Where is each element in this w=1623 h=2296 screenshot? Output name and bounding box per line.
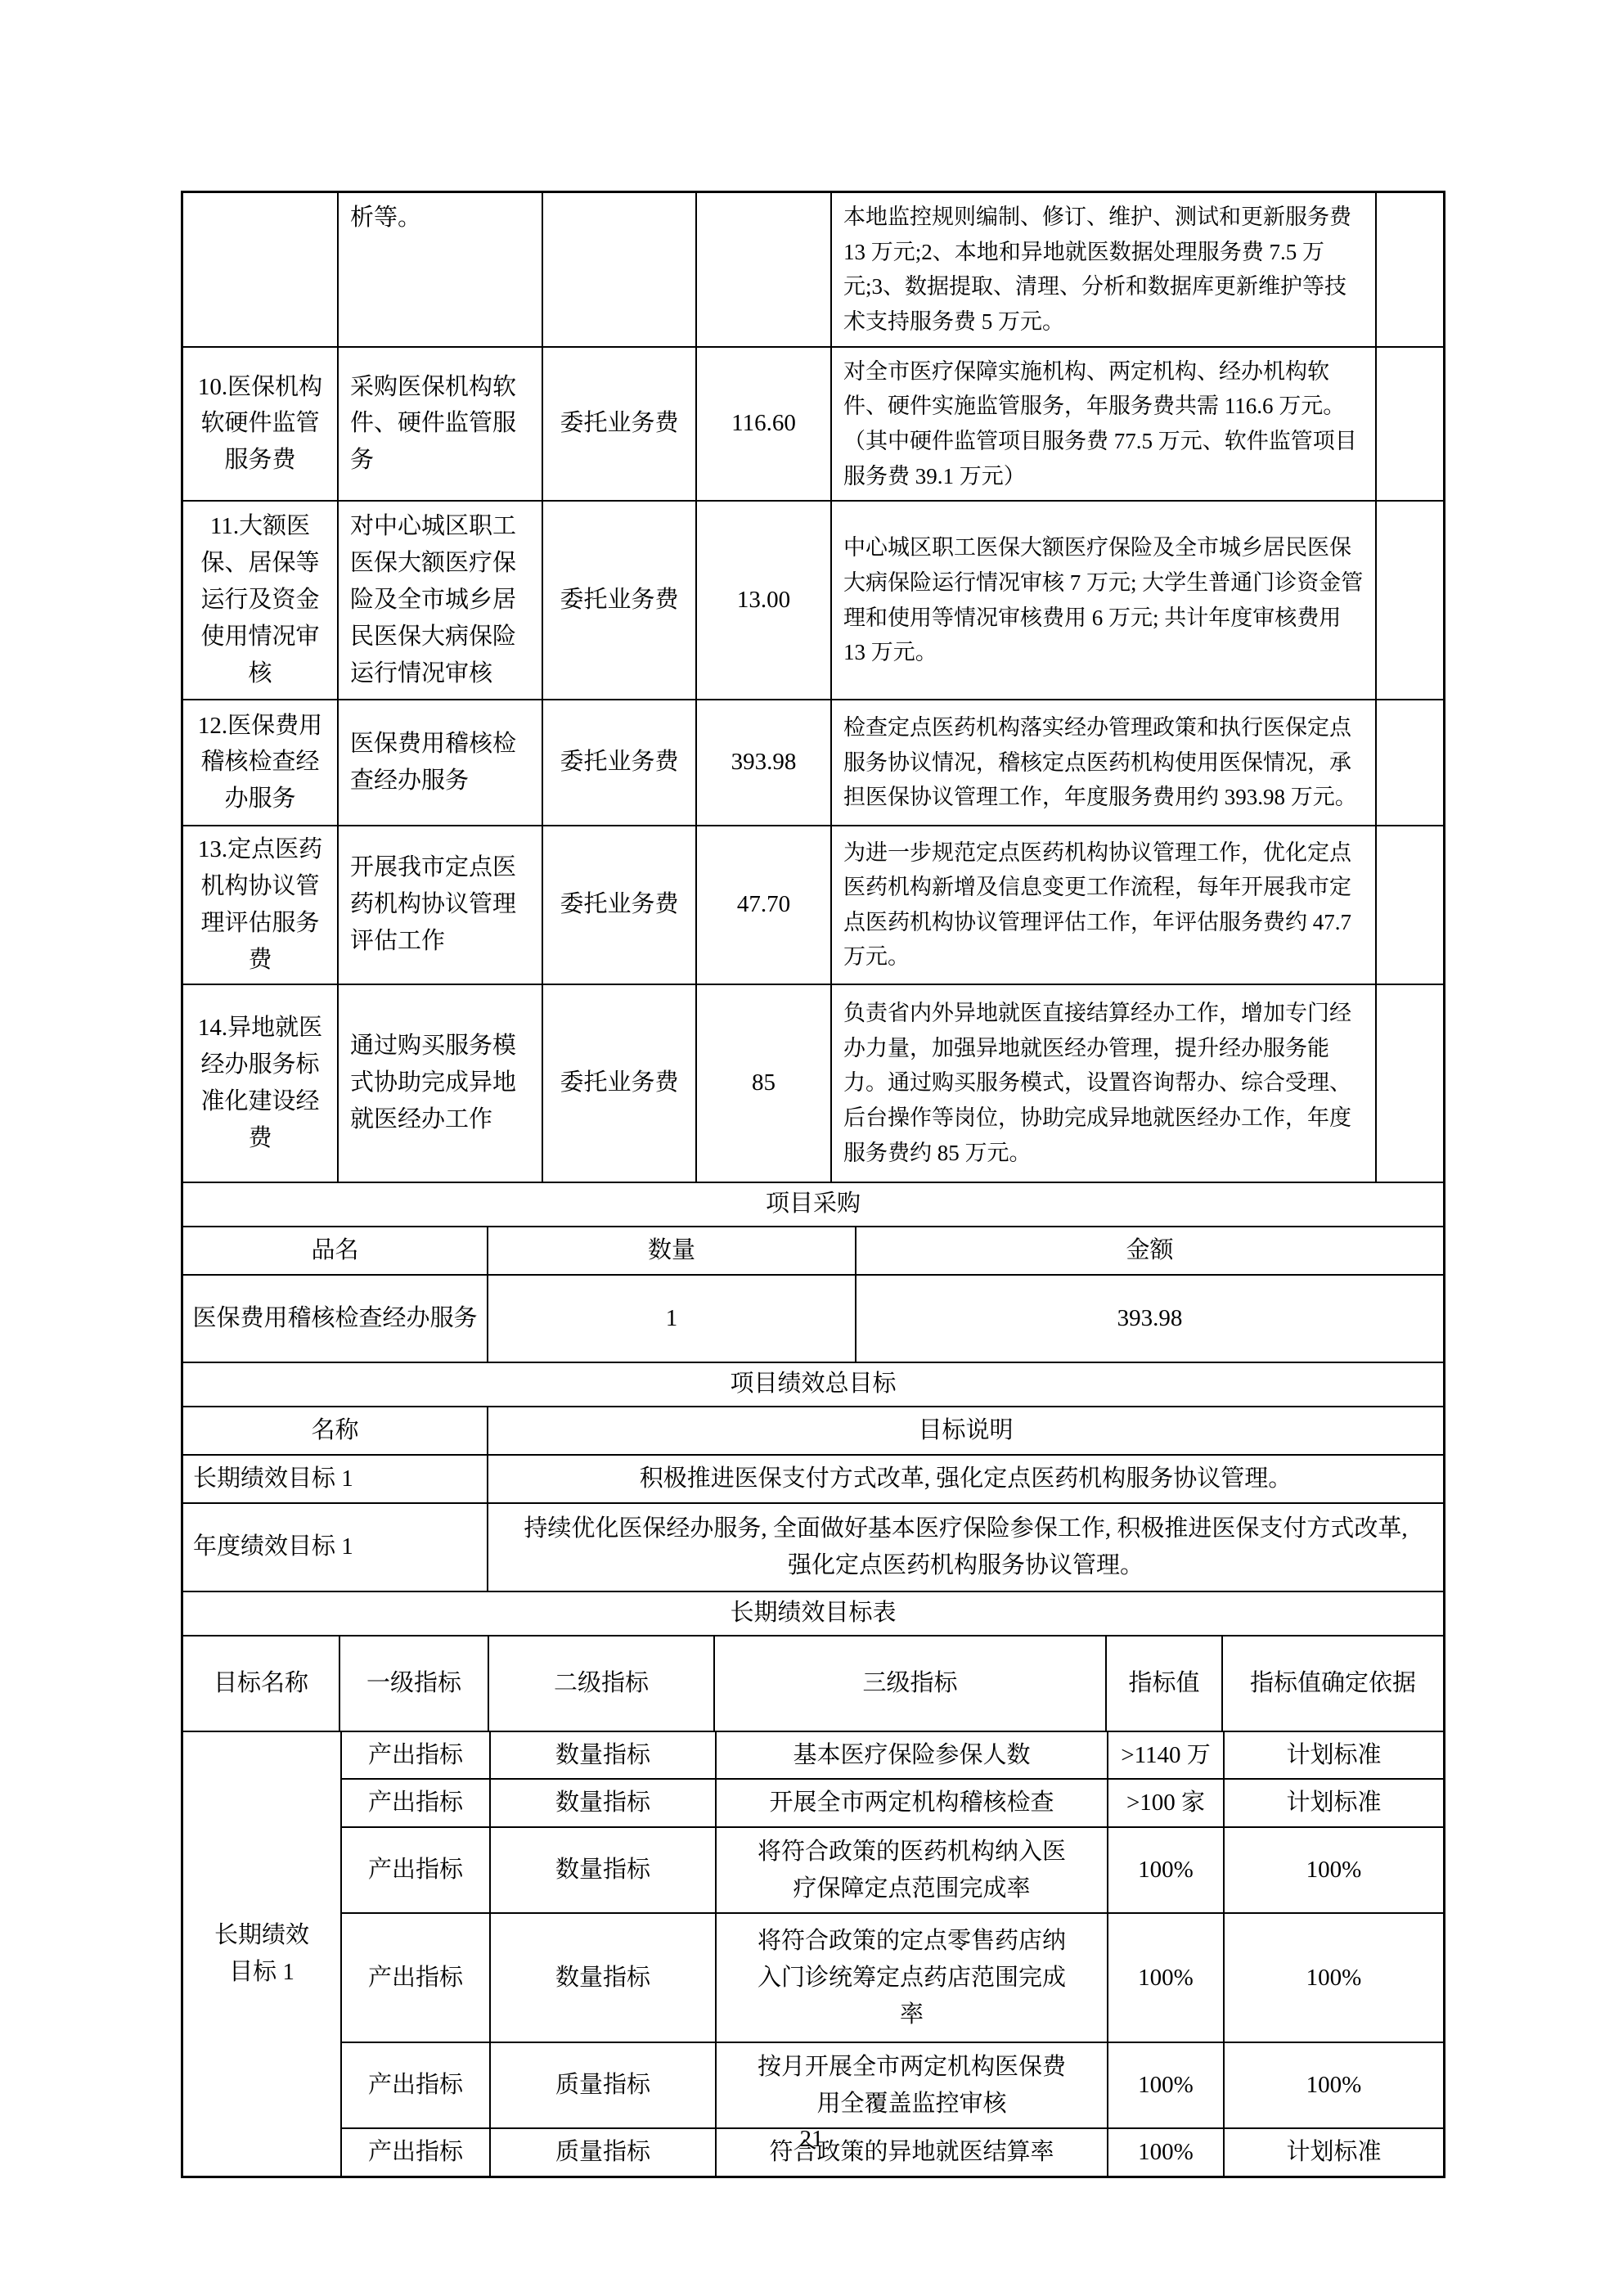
header-level3: 三级指标 [715, 1636, 1107, 1731]
goal-row-annual: 年度绩效目标 1 持续优化医保经办服务, 全面做好基本医疗保险参保工作, 积极推… [183, 1504, 1443, 1592]
project-name-text: 11.大额医保、居保等运行及资金使用情况审核 [190, 508, 330, 692]
header-level2: 二级指标 [489, 1636, 715, 1731]
section-title-text: 长期绩效目标表 [730, 1595, 896, 1632]
basis-text: 100% [1306, 1960, 1362, 1997]
content-text: 通过购买服务模式协助完成异地就医经办工作 [350, 1028, 530, 1138]
amount-text: 393.98 [731, 744, 797, 781]
cell-project-name: 12.医保费用稽核检查经办服务 [183, 700, 339, 825]
cell-content: 采购医保机构软件、硬件监管服务 [339, 348, 543, 501]
cell-amount: 116.60 [697, 348, 832, 501]
cell-remark [1377, 700, 1443, 825]
page-number: 21 [0, 2126, 1623, 2153]
cell-level1: 产出指标 [340, 1826, 489, 1912]
header-text: 指标值 [1128, 1665, 1199, 1702]
table-row: 析等。 本地监控规则编制、修订、维护、测试和更新服务费 13 万元;2、本地和异… [183, 193, 1443, 348]
header-quantity: 数量 [488, 1227, 856, 1274]
cell-remark [1377, 826, 1443, 984]
cell-level2: 质量指标 [489, 2042, 715, 2127]
content-text: 对中心城区职工医保大额医疗保险及全市城乡居民医保大病保险运行情况审核 [350, 508, 530, 692]
fee-type-text: 委托业务费 [560, 582, 678, 619]
goal-name-text: 长期绩效目标 1 [206, 1917, 317, 1991]
cell-quantity: 1 [488, 1276, 856, 1362]
cell-fee-type: 委托业务费 [543, 985, 697, 1182]
cell-fee-type: 委托业务费 [543, 348, 697, 501]
cell-fee-type: 委托业务费 [543, 502, 697, 699]
cell-goal-name: 年度绩效目标 1 [183, 1504, 488, 1591]
goal-row-longterm: 长期绩效目标 1 积极推进医保支付方式改革, 强化定点医药机构服务协议管理。 [183, 1456, 1443, 1504]
cell-content: 医保费用稽核检查经办服务 [339, 700, 543, 825]
header-text: 品名 [311, 1232, 358, 1269]
level2-text: 质量指标 [555, 2067, 650, 2104]
cell-level2: 数量指标 [489, 1732, 715, 1779]
level1-text: 产出指标 [368, 1960, 463, 1997]
value-text: >100 家 [1126, 1785, 1205, 1821]
cell-amount: 13.00 [697, 502, 832, 699]
header-text: 目标说明 [918, 1412, 1013, 1449]
cell-goal-description: 积极推进医保支付方式改革, 强化定点医药机构服务协议管理。 [488, 1456, 1443, 1502]
budget-performance-table: 析等。 本地监控规则编制、修订、维护、测试和更新服务费 13 万元;2、本地和异… [181, 191, 1445, 2178]
cell-amount: 393.98 [697, 700, 832, 825]
fee-type-text: 委托业务费 [560, 886, 678, 923]
cell-level3: 按月开展全市两定机构医保费用全覆盖监控审核 [715, 2042, 1107, 2127]
cell-detail: 本地监控规则编制、修订、维护、测试和更新服务费 13 万元;2、本地和异地就医数… [832, 193, 1377, 346]
cell-level3: 开展全市两定机构稽核检查 [715, 1778, 1107, 1826]
value-text: 100% [1138, 2067, 1194, 2104]
content-text: 医保费用稽核检查经办服务 [350, 726, 530, 799]
quantity-text: 1 [666, 1300, 678, 1337]
header-level1: 一级指标 [340, 1636, 489, 1731]
cell-level3: 将符合政策的医药机构纳入医疗保障定点范围完成率 [715, 1826, 1107, 1912]
cell-goal-description: 持续优化医保经办服务, 全面做好基本医疗保险参保工作, 积极推进医保支付方式改革… [488, 1504, 1443, 1591]
level2-text: 数量指标 [555, 1785, 650, 1821]
cell-basis: 100% [1223, 2042, 1443, 2127]
header-text: 金额 [1126, 1232, 1173, 1269]
header-text: 指标值确定依据 [1250, 1665, 1416, 1702]
basis-text: 100% [1306, 1852, 1362, 1889]
cell-indicator-value: >1140 万 [1107, 1732, 1223, 1779]
header-item: 品名 [183, 1227, 488, 1274]
content-text: 析等。 [350, 200, 421, 236]
level3-text: 将符合政策的定点零售药店纳入门诊统筹定点药店范围完成率 [752, 1923, 1072, 2033]
value-text: >1140 万 [1121, 1737, 1211, 1774]
cell-content: 开展我市定点医药机构协议管理评估工作 [339, 826, 543, 984]
amount-text: 47.70 [737, 886, 790, 923]
cell-item: 医保费用稽核检查经办服务 [183, 1276, 488, 1362]
content-text: 采购医保机构软件、硬件监管服务 [350, 369, 530, 479]
detail-text: 负责省内外异地就医直接结算经办工作，增加专门经办力量，加强异地就医经办管理，提升… [843, 996, 1364, 1170]
procurement-row: 医保费用稽核检查经办服务 1 393.98 [183, 1276, 1443, 1363]
cell-remark [1377, 348, 1443, 501]
cell-indicator-value: 100% [1107, 1912, 1223, 2042]
cell-amount [697, 193, 832, 346]
header-goal-description: 目标说明 [488, 1407, 1443, 1454]
procurement-header-row: 品名 数量 金额 [183, 1227, 1443, 1276]
cell-content: 析等。 [339, 193, 543, 346]
basis-text: 计划标准 [1286, 1785, 1381, 1821]
table-row: 11.大额医保、居保等运行及资金使用情况审核 对中心城区职工医保大额医疗保险及全… [183, 502, 1443, 700]
cell-level2: 数量指标 [489, 1778, 715, 1826]
cell-project-name: 14.异地就医经办服务标准化建设经费 [183, 985, 339, 1182]
level3-text: 按月开展全市两定机构医保费用全覆盖监控审核 [752, 2049, 1072, 2123]
cell-basis: 计划标准 [1223, 1732, 1443, 1779]
detail-text: 对全市医疗保障实施机构、两定机构、经办机构软件、硬件实施监管服务，年服务费共需 … [843, 354, 1364, 494]
table-row: 13.定点医药机构协议管理评估服务费 开展我市定点医药机构协议管理评估工作 委托… [183, 826, 1443, 985]
amount-text: 85 [752, 1065, 776, 1101]
level2-text: 数量指标 [555, 1852, 650, 1889]
cell-amount: 47.70 [697, 826, 832, 984]
header-goal-name: 名称 [183, 1407, 488, 1454]
level2-text: 数量指标 [555, 1960, 650, 1997]
value-text: 100% [1138, 1960, 1194, 1997]
cell-indicator-value: >100 家 [1107, 1778, 1223, 1826]
amount-text: 116.60 [731, 405, 796, 442]
cell-detail: 检查定点医药机构落实经办管理政策和执行医保定点服务协议情况，稽核定点医药机构使用… [832, 700, 1377, 825]
header-text: 数量 [648, 1232, 695, 1269]
cell-level1: 产出指标 [340, 1732, 489, 1779]
fee-type-text: 委托业务费 [560, 1065, 678, 1101]
basis-text: 计划标准 [1286, 1737, 1381, 1774]
header-goal-name: 目标名称 [183, 1636, 340, 1731]
cell-project-name: 13.定点医药机构协议管理评估服务费 [183, 826, 339, 984]
goal-name-text: 长期绩效目标 1 [193, 1461, 353, 1497]
cell-indicator-value: 100% [1107, 1826, 1223, 1912]
longterm-header-row: 目标名称 一级指标 二级指标 三级指标 指标值 指标值确定依据 [183, 1636, 1443, 1732]
detail-text: 本地监控规则编制、修订、维护、测试和更新服务费 13 万元;2、本地和异地就医数… [843, 200, 1364, 340]
cell-detail: 为进一步规范定点医药机构协议管理工作，优化定点医药机构新增及信息变更工作流程，每… [832, 826, 1377, 984]
cell-fee-type: 委托业务费 [543, 826, 697, 984]
cell-detail: 负责省内外异地就医直接结算经办工作，增加专门经办力量，加强异地就医经办管理，提升… [832, 985, 1377, 1182]
cell-project-name: 10.医保机构软硬件监管服务费 [183, 348, 339, 501]
cell-content: 通过购买服务模式协助完成异地就医经办工作 [339, 985, 543, 1182]
project-name-text: 10.医保机构软硬件监管服务费 [190, 369, 330, 479]
goals-header-row: 名称 目标说明 [183, 1407, 1443, 1456]
fee-type-text: 委托业务费 [560, 744, 678, 781]
cell-goal-name: 长期绩效目标 1 [183, 1456, 488, 1502]
cell-detail: 对全市医疗保障实施机构、两定机构、经办机构软件、硬件实施监管服务，年服务费共需 … [832, 348, 1377, 501]
project-name-text: 14.异地就医经办服务标准化建设经费 [190, 1010, 330, 1157]
cell-content: 对中心城区职工医保大额医疗保险及全市城乡居民医保大病保险运行情况审核 [339, 502, 543, 699]
section-title-text: 项目绩效总目标 [730, 1366, 896, 1402]
level3-text: 将符合政策的医药机构纳入医疗保障定点范围完成率 [752, 1834, 1072, 1907]
detail-text: 为进一步规范定点医药机构协议管理工作，优化定点医药机构新增及信息变更工作流程，每… [843, 835, 1364, 975]
cell-level1: 产出指标 [340, 2042, 489, 2127]
header-value: 指标值 [1107, 1636, 1223, 1731]
level3-text: 基本医疗保险参保人数 [793, 1737, 1030, 1774]
value-text: 100% [1138, 1852, 1194, 1889]
cell-level3: 将符合政策的定点零售药店纳入门诊统筹定点药店范围完成率 [715, 1912, 1107, 2042]
section-title-overall-goals: 项目绩效总目标 [183, 1363, 1443, 1407]
cell-remark [1377, 193, 1443, 346]
cell-fee-type: 委托业务费 [543, 700, 697, 825]
cell-basis: 100% [1223, 1912, 1443, 2042]
cell-level1: 产出指标 [340, 1912, 489, 2042]
cell-project-name: 11.大额医保、居保等运行及资金使用情况审核 [183, 502, 339, 699]
section-title-longterm-table: 长期绩效目标表 [183, 1592, 1443, 1636]
table-row: 10.医保机构软硬件监管服务费 采购医保机构软件、硬件监管服务 委托业务费 11… [183, 348, 1443, 502]
level1-text: 产出指标 [368, 1852, 463, 1889]
header-text: 三级指标 [862, 1665, 957, 1702]
cell-level3: 基本医疗保险参保人数 [715, 1732, 1107, 1779]
cell-detail: 中心城区职工医保大额医疗保险及全市城乡居民医保大病保险运行情况审核 7 万元; … [832, 502, 1377, 699]
section-title-procurement: 项目采购 [183, 1183, 1443, 1227]
cell-level2: 数量指标 [489, 1826, 715, 1912]
level1-text: 产出指标 [368, 1785, 463, 1821]
goal-name-text: 年度绩效目标 1 [193, 1528, 353, 1565]
project-name-text: 12.医保费用稽核检查经办服务 [190, 708, 330, 818]
cell-indicator-value: 100% [1107, 2042, 1223, 2127]
goal-description-text: 积极推进医保支付方式改革, 强化定点医药机构服务协议管理。 [640, 1461, 1293, 1497]
section-title-text: 项目采购 [766, 1186, 861, 1222]
cell-amount: 393.98 [856, 1276, 1443, 1362]
document-page: { "theme": { "background_color": "#fffff… [0, 0, 1623, 2296]
detail-text: 中心城区职工医保大额医疗保险及全市城乡居民医保大病保险运行情况审核 7 万元; … [843, 530, 1364, 670]
amount-text: 13.00 [737, 582, 790, 619]
cell-level2: 数量指标 [489, 1912, 715, 2042]
amount-text: 393.98 [1117, 1300, 1183, 1337]
cell-remark [1377, 502, 1443, 699]
project-name-text: 13.定点医药机构协议管理评估服务费 [190, 831, 330, 979]
level3-text: 开展全市两定机构稽核检查 [769, 1785, 1054, 1821]
cell-project-name [183, 193, 339, 346]
cell-level1: 产出指标 [340, 1778, 489, 1826]
cell-basis: 计划标准 [1223, 1778, 1443, 1826]
table-row: 14.异地就医经办服务标准化建设经费 通过购买服务模式协助完成异地就医经办工作 … [183, 985, 1443, 1183]
detail-text: 检查定点医药机构落实经办管理政策和执行医保定点服务协议情况，稽核定点医药机构使用… [843, 710, 1364, 815]
header-text: 二级指标 [554, 1665, 649, 1702]
goal-description-text: 持续优化医保经办服务, 全面做好基本医疗保险参保工作, 积极推进医保支付方式改革… [519, 1510, 1413, 1584]
header-text: 一级指标 [366, 1665, 461, 1702]
level1-text: 产出指标 [368, 1737, 463, 1774]
header-amount: 金额 [856, 1227, 1443, 1274]
table-row: 12.医保费用稽核检查经办服务 医保费用稽核检查经办服务 委托业务费 393.9… [183, 700, 1443, 826]
header-text: 目标名称 [214, 1665, 308, 1702]
level2-text: 数量指标 [555, 1737, 650, 1774]
header-text: 名称 [311, 1412, 358, 1449]
cell-amount: 85 [697, 985, 832, 1182]
content-text: 开展我市定点医药机构协议管理评估工作 [350, 849, 530, 960]
cell-merged-goal-name: 长期绩效目标 1 [183, 1732, 340, 2177]
cell-remark [1377, 985, 1443, 1182]
level1-text: 产出指标 [368, 2067, 463, 2104]
cell-fee-type [543, 193, 697, 346]
longterm-indicator-grid: 长期绩效目标 1 产出指标 数量指标 基本医疗保险参保人数 >1140 万 计划… [183, 1732, 1443, 2177]
basis-text: 100% [1306, 2067, 1362, 2104]
fee-type-text: 委托业务费 [560, 405, 678, 442]
header-basis: 指标值确定依据 [1223, 1636, 1443, 1731]
item-text: 医保费用稽核检查经办服务 [192, 1300, 477, 1337]
cell-basis: 100% [1223, 1826, 1443, 1912]
